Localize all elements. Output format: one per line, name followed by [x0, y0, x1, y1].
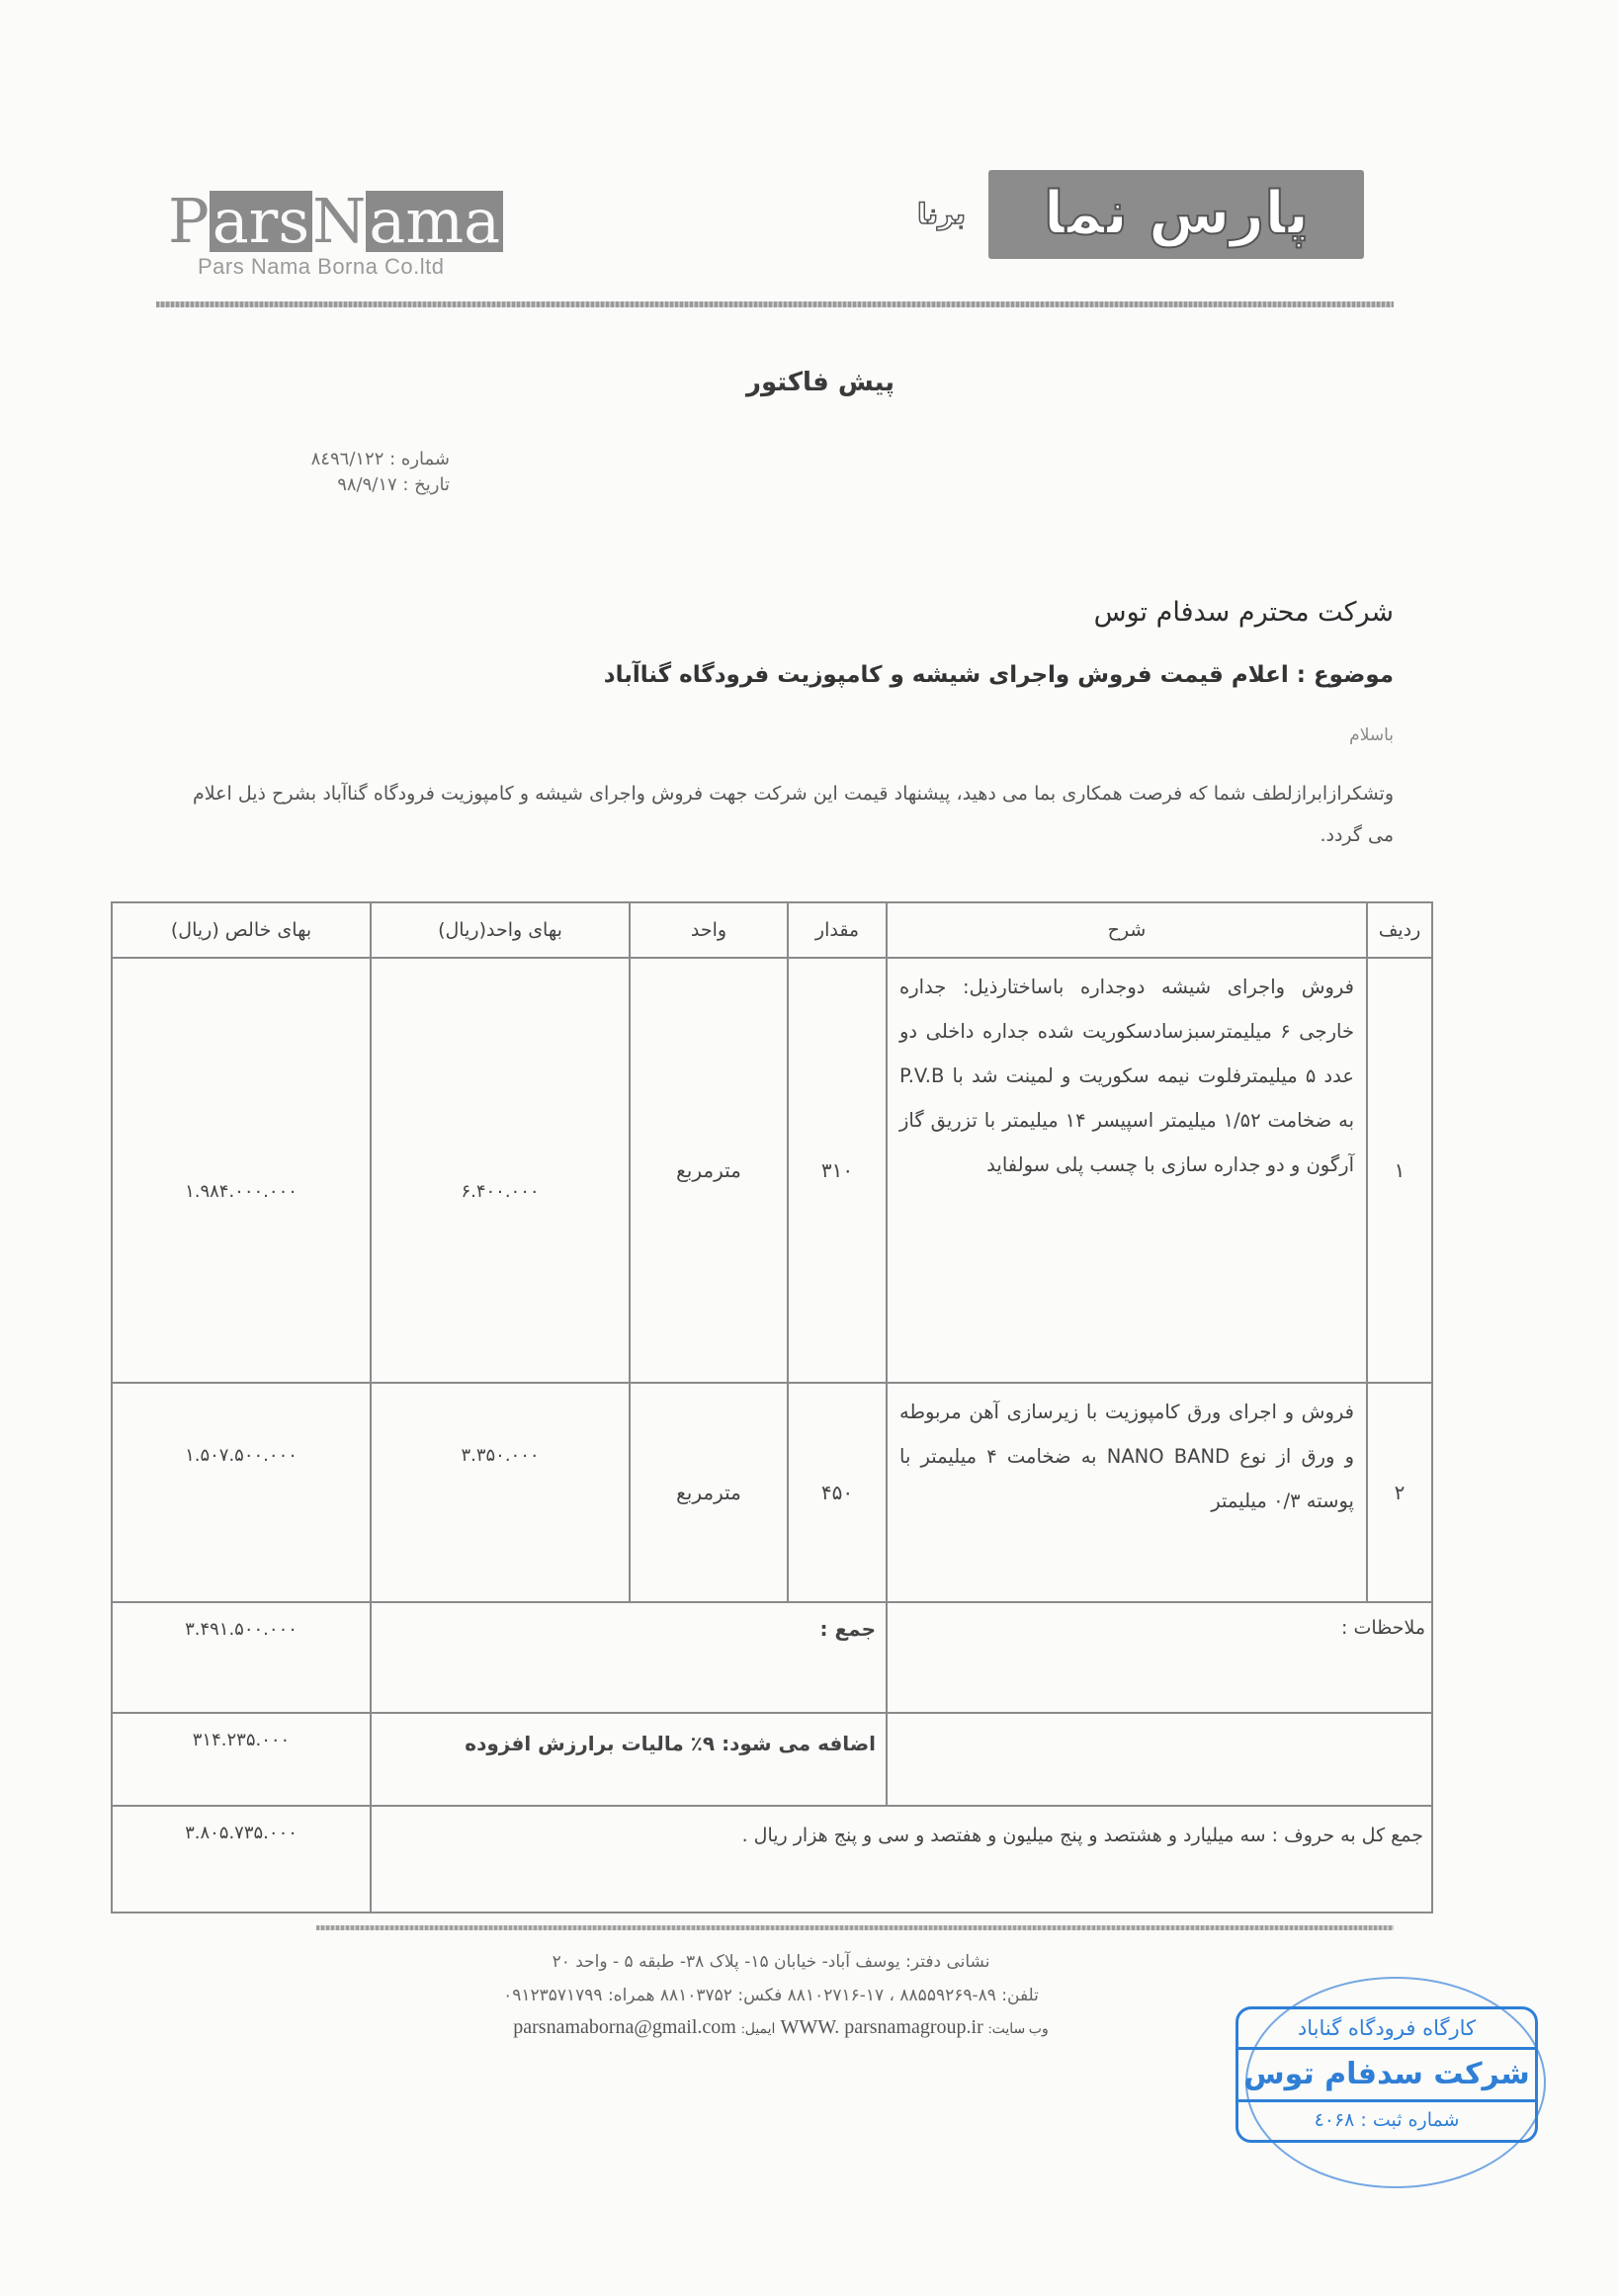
greeting: باسلام [1285, 725, 1394, 745]
company-stamp: کارگاه فرودگاه گناباد شرکت سدفام توس شما… [1236, 2006, 1538, 2143]
total-value: ۳.۸۰۵.۷۳۵.۰۰۰ [112, 1806, 371, 1913]
row-unit-price: ۶.۴۰۰.۰۰۰ [371, 958, 630, 1383]
row-number: ۲ [1367, 1383, 1432, 1602]
header-row-number: ردیف [1367, 902, 1432, 958]
email-address[interactable]: parsnamaborna@gmail.com [513, 2016, 736, 2038]
quote-table: ردیف شرح مقدار واحد بهای واحد(ریال) بهای… [111, 901, 1431, 1910]
company-logo-fa-sub: برنا [917, 198, 966, 230]
footer-web: parsnamaborna@gmail.com ایمیل: WWW. pars… [326, 2016, 1236, 2039]
header-description: شرح [887, 902, 1367, 958]
sum-row: ملاحظات : جمع : ۳.۴۹۱.۵۰۰.۰۰۰ [112, 1602, 1432, 1713]
row-description: فروش و اجرای ورق کامپوزیت با زیرسازی آهن… [887, 1383, 1367, 1602]
logo-letter: N [312, 191, 366, 252]
tax-row: اضافه می شود: ۹٪ مالیات برارزش افزوده ۳۱… [112, 1713, 1432, 1806]
table-row: ۱ فروش واجرای شیشه دوجداره باساختارذیل: … [112, 958, 1432, 1383]
document-date: تاریخ : ۹۸/۹/۱۷ [252, 472, 450, 498]
table-header-row: ردیف شرح مقدار واحد بهای واحد(ریال) بهای… [112, 902, 1432, 958]
document-number: شماره : ۸٤۹٦/۱۲۲ [252, 447, 450, 472]
sum-value: ۳.۴۹۱.۵۰۰.۰۰۰ [112, 1602, 371, 1713]
row-number: ۱ [1367, 958, 1432, 1383]
recipient: شرکت محترم سدفام توس [692, 597, 1394, 628]
document-meta: شماره : ۸٤۹٦/۱۲۲ تاریخ : ۹۸/۹/۱۷ [252, 447, 450, 498]
phone-numbers: تلفن: ۸۹-۸۸۵۵۹۲۶۹ ، ۱۷-۸۸۱۰۲۷۱۶ فکس: ۸۸۱… [326, 1979, 1216, 2012]
company-logo-en: ParsNama [168, 183, 503, 252]
row-net-price: ۱.۵۰۷.۵۰۰.۰۰۰ [112, 1383, 371, 1602]
office-address: نشانی دفتر: یوسف آباد- خیابان ۱۵- پلاک ۳… [326, 1945, 1216, 1979]
website-label: وب سایت: [988, 2022, 1049, 2037]
logo-letter: ars [210, 191, 312, 252]
total-row: جمع کل به حروف : سه میلیارد و هشتصد و پن… [112, 1806, 1432, 1913]
footer-contact: نشانی دفتر: یوسف آباد- خیابان ۱۵- پلاک ۳… [326, 1945, 1216, 2012]
company-logo-fa: پارس نما [988, 174, 1364, 253]
table-row: ۲ فروش و اجرای ورق کامپوزیت با زیرسازی آ… [112, 1383, 1432, 1602]
stamp-line-workshop: کارگاه فرودگاه گناباد [1238, 2009, 1535, 2050]
document-title: پیش فاکتور [722, 368, 919, 397]
subject: موضوع : اعلام قیمت فروش واجرای شیشه و کا… [494, 662, 1394, 688]
website-url[interactable]: WWW. parsnamagroup.ir [780, 2016, 982, 2038]
notes-label: ملاحظات : [887, 1602, 1432, 1713]
row-quantity: ۳۱۰ [788, 958, 887, 1383]
header-unit: واحد [630, 902, 788, 958]
header-unit-price: بهای واحد(ریال) [371, 902, 630, 958]
footer-divider [316, 1925, 1394, 1930]
row-unit: مترمربع [630, 958, 788, 1383]
row-unit-price: ۳.۳۵۰.۰۰۰ [371, 1383, 630, 1602]
header-quantity: مقدار [788, 902, 887, 958]
email-label: ایمیل: [741, 2022, 776, 2037]
row-description: فروش واجرای شیشه دوجداره باساختارذیل: جد… [887, 958, 1367, 1383]
header-divider [156, 301, 1394, 307]
sum-label: جمع : [371, 1602, 887, 1713]
logo-letter: P [168, 191, 210, 252]
stamp-line-registration: شماره ثبت : ٤٠۶٨ [1238, 2102, 1535, 2138]
row-quantity: ۴۵۰ [788, 1383, 887, 1602]
row-net-price: ۱.۹۸۴.۰۰۰.۰۰۰ [112, 958, 371, 1383]
body-paragraph: وتشکرازابرازلطف شما که فرصت همکاری بما م… [193, 773, 1394, 856]
total-in-words: جمع کل به حروف : سه میلیارد و هشتصد و پن… [371, 1806, 1432, 1913]
company-name-en: Pars Nama Borna Co.ltd [198, 254, 444, 280]
header-net-price: بهای خالص (ریال) [112, 902, 371, 958]
tax-label: اضافه می شود: ۹٪ مالیات برارزش افزوده [371, 1713, 887, 1806]
tax-empty-cell [887, 1713, 1432, 1806]
logo-letter: ama [366, 191, 503, 252]
stamp-line-company: شرکت سدفام توس [1238, 2050, 1535, 2102]
tax-value: ۳۱۴.۲۳۵.۰۰۰ [112, 1713, 371, 1806]
row-unit: مترمربع [630, 1383, 788, 1602]
